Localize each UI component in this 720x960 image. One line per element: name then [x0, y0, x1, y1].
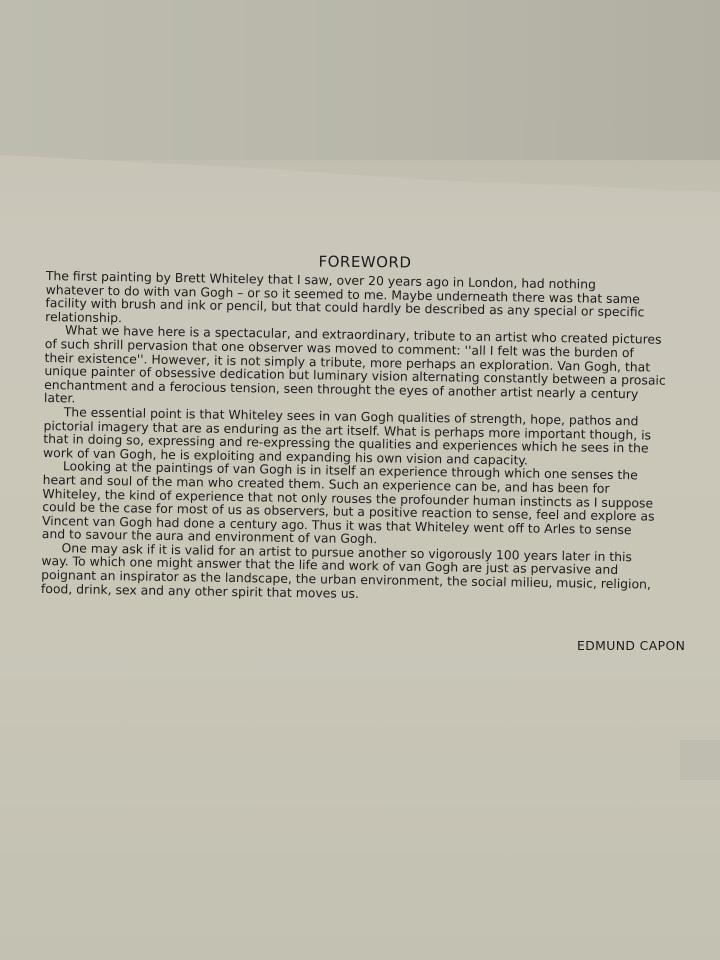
document-page: FOREWORD The first painting by Brett Whi… [0, 0, 720, 960]
paragraph-4: Looking at the paintings of van Gogh is … [42, 459, 663, 550]
paragraph-2: What we have here is a spectacular, and … [44, 323, 665, 414]
author-signature: EDMUND CAPON [577, 638, 685, 653]
foreword-body: The first painting by Brett Whiteley tha… [41, 269, 666, 605]
paragraph-5: One may ask if it is valid for an artist… [41, 541, 662, 605]
